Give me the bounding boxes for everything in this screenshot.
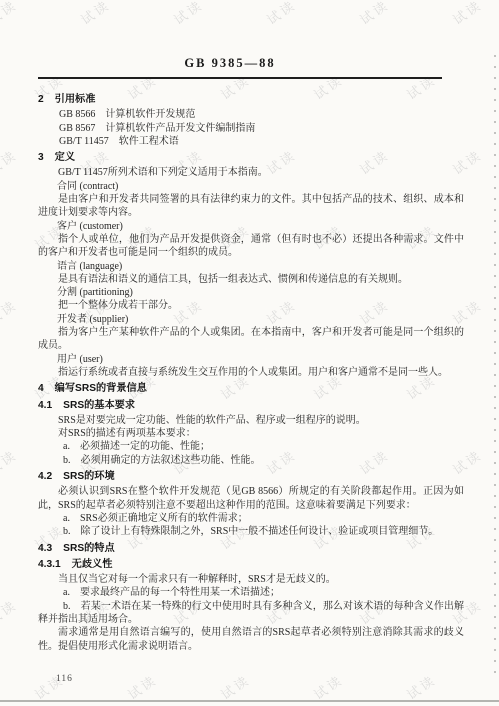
- list-item: a. 要求最终产品的每一个特性用某一术语描述；: [38, 586, 464, 599]
- section-title: 定义: [55, 151, 75, 164]
- watermark: 试读: [0, 145, 21, 179]
- paragraph: 对SRS的描述有两项基本要求：: [38, 427, 464, 440]
- section-heading: 4.3.1无歧义性: [38, 558, 464, 571]
- watermark: 试读: [309, 670, 346, 704]
- section-title: SRS的特点: [63, 542, 115, 555]
- section-heading: 4编写SRS的背景信息: [38, 382, 464, 395]
- watermark: 试读: [0, 445, 21, 479]
- watermark: 试读: [402, 670, 439, 704]
- paragraph: 指运行系统或者直接与系统发生交互作用的个人或集团。用户和客户通常不是同一些人。: [38, 366, 464, 379]
- term-line: 开发者 (supplier): [38, 313, 464, 326]
- list-item: b. 必须用确定的方法叙述这些功能、性能。: [38, 454, 464, 467]
- section-number: 4.3: [38, 542, 52, 555]
- list-item: b. 若某一术语在某一特殊的行文中使用时具有多种含义，那么对该术语的每种含义作出…: [38, 600, 464, 627]
- section-title: SRS的环境: [63, 470, 115, 483]
- watermark: 试读: [123, 670, 160, 704]
- paragraph: 把一个整体分成若干部分。: [38, 299, 464, 312]
- watermark: 试读: [169, 0, 206, 28]
- paragraph: 需求通常是用自然语言编写的，使用自然语言的SRS起草者必须特别注意消除其需求的歧…: [38, 626, 464, 653]
- paragraph: 是具有语法和语义的通信工具，包括一组表达式、惯例和传递信息的有关规则。: [38, 273, 464, 286]
- paragraph: 是由客户和开发者共同签署的具有法律约束力的文件。其中包括产品的技术、组织、成本和…: [38, 193, 464, 220]
- document-body: 2引用标准GB 8566 计算机软件开发规范GB 8567 计算机软件产品开发文…: [38, 90, 464, 653]
- watermark: 试读: [262, 0, 299, 28]
- section-heading: 4.2SRS的环境: [38, 470, 464, 483]
- standard-number: GB 9385—88: [0, 56, 460, 71]
- section-heading: 2引用标准: [38, 93, 464, 106]
- list-item: a. 必须描述一定的功能、性能；: [38, 440, 464, 453]
- paragraph: 指为客户生产某种软件产品的个人或集团。在本指南中，客户和开发者可能是同一个组织的…: [38, 326, 464, 353]
- section-heading: 3定义: [38, 151, 464, 164]
- paragraph: 必须认识到SRS在整个软件开发规范（见GB 8566）所规定的有关阶段都起作用。…: [38, 485, 464, 512]
- watermark: 试读: [76, 0, 113, 28]
- watermark: 试读: [0, 0, 21, 28]
- section-title: 无歧义性: [72, 558, 113, 571]
- reference-line: GB/T 11457 软件工程术语: [38, 135, 464, 148]
- paragraph: GB/T 11457所列术语和下列定义适用于本指南。: [38, 166, 464, 179]
- page-number: 116: [56, 674, 73, 684]
- section-number: 4.1: [38, 399, 52, 412]
- section-heading: 4.3SRS的特点: [38, 542, 464, 555]
- section-title: SRS的基本要求: [63, 399, 135, 412]
- paragraph: 指个人或单位，他们为产品开发提供资金，通常（但有时也不必）还提出各种需求。文件中…: [38, 233, 464, 260]
- section-number: 4.3.1: [38, 558, 61, 571]
- paragraph: SRS是对要完成一定功能、性能的软件产品、程序或一组程序的说明。: [38, 414, 464, 427]
- section-number: 2: [38, 93, 44, 106]
- section-number: 3: [38, 151, 44, 164]
- list-item: a. SRS必须正确地定义所有的软件需求；: [38, 512, 464, 525]
- term-line: 合同 (contract): [38, 180, 464, 193]
- term-line: 分割 (partitioning): [38, 286, 464, 299]
- section-title: 编写SRS的背景信息: [55, 382, 147, 395]
- paragraph: 当且仅当它对每一个需求只有一种解释时，SRS才是无歧义的。: [38, 573, 464, 586]
- reference-line: GB 8567 计算机软件产品开发文件编制指南: [38, 122, 464, 135]
- term-line: 语言 (language): [38, 260, 464, 273]
- watermark: 试读: [0, 595, 21, 629]
- watermark: 试读: [355, 0, 392, 28]
- scan-bottom-edge: [0, 700, 499, 702]
- reference-line: GB 8566 计算机软件开发规范: [38, 108, 464, 121]
- watermark: 试读: [448, 0, 485, 28]
- watermark: 试读: [0, 295, 21, 329]
- section-heading: 4.1SRS的基本要求: [38, 399, 464, 412]
- section-number: 4: [38, 382, 44, 395]
- page: 试读试读试读试读试读试读试读试读试读试读试读试读试读试读试读试读试读试读试读试读…: [0, 0, 499, 706]
- section-number: 4.2: [38, 470, 52, 483]
- section-title: 引用标准: [55, 93, 96, 106]
- term-line: 用户 (user): [38, 353, 464, 366]
- list-item: b. 除了设计上有特殊限制之外，SRS中一般不描述任何设计、验证或项目管理细节。: [38, 525, 464, 538]
- header-divider: [38, 77, 442, 79]
- watermark: 试读: [216, 670, 253, 704]
- term-line: 客户 (customer): [38, 220, 464, 233]
- scan-edge-artifacts: [494, 55, 496, 681]
